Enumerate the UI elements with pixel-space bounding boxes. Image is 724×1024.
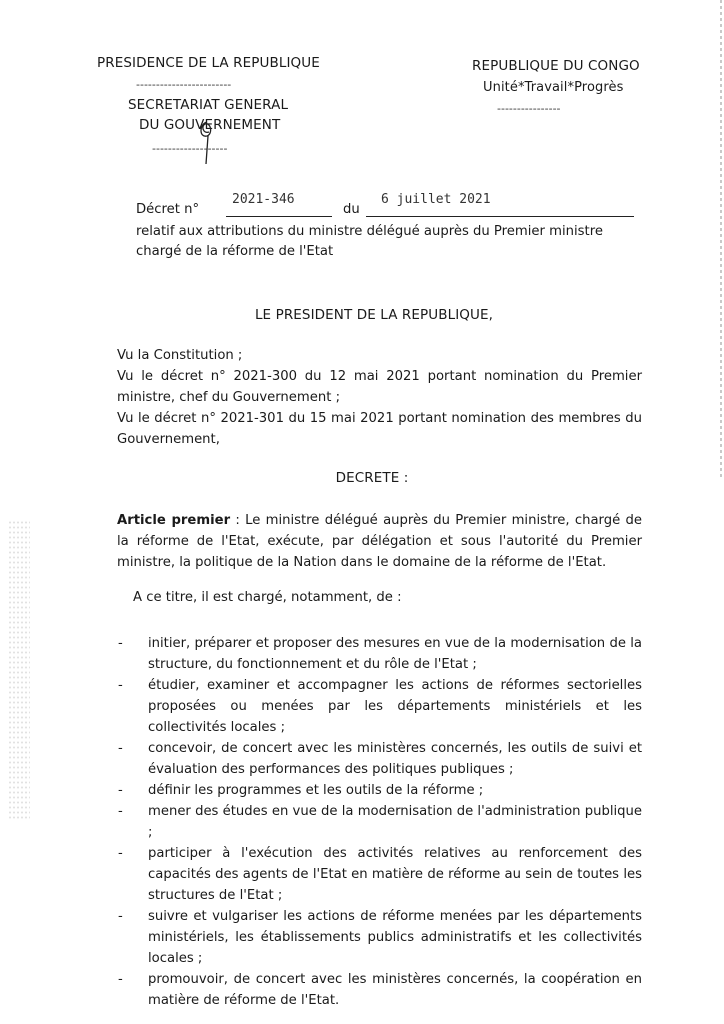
visa-decree-2021-300: Vu le décret n° 2021-300 du 12 mai 2021 … — [117, 366, 642, 408]
scan-noise-left — [8, 520, 30, 820]
list-item: -étudier, examiner et accompagner les ac… — [116, 675, 642, 738]
decree-date-label: du — [343, 199, 360, 220]
bullet-dash: - — [118, 906, 123, 927]
decree-subject-line-1: relatif aux attributions du ministre dél… — [136, 221, 603, 242]
header-right-separator: ---------------- — [497, 102, 561, 115]
decrete-heading: DECRETE : — [0, 470, 724, 486]
bullet-dash: - — [118, 801, 123, 822]
attributions-list: -initier, préparer et proposer des mesur… — [116, 633, 642, 1011]
list-item: -mener des études en vue de la modernisa… — [116, 801, 642, 843]
decree-date-underline — [366, 216, 634, 217]
signature-initial-mark — [193, 118, 223, 168]
president-title: LE PRESIDENT DE LA REPUBLIQUE, — [0, 307, 724, 323]
bullet-dash: - — [118, 675, 123, 696]
list-item: -définir les programmes et les outils de… — [116, 780, 642, 801]
decree-date: 6 juillet 2021 — [381, 192, 491, 207]
republique-label: REPUBLIQUE DU CONGO — [472, 58, 640, 74]
decree-subject-line-2: chargé de la réforme de l'Etat — [136, 241, 333, 262]
scan-edge-right — [720, 0, 722, 480]
bullet-dash: - — [118, 633, 123, 654]
bullet-dash: - — [118, 780, 123, 801]
bullet-dash: - — [118, 738, 123, 759]
article-premier: Article premier : Le ministre délégué au… — [117, 510, 642, 573]
secretariat-label: SECRETARIAT GENERAL — [128, 97, 288, 113]
presidence-label: PRESIDENCE DE LA REPUBLIQUE — [97, 55, 320, 71]
visas-block: Vu la Constitution ; Vu le décret n° 202… — [117, 345, 642, 450]
list-item: -participer à l'exécution des activités … — [116, 843, 642, 906]
decree-number-underline — [226, 216, 332, 217]
decree-number: 2021-346 — [232, 192, 295, 207]
decree-label: Décret n° — [136, 199, 199, 220]
visa-constitution: Vu la Constitution ; — [117, 345, 642, 366]
header-left-separator-1: ------------------------ — [136, 78, 231, 91]
list-item: -concevoir, de concert avec les ministèr… — [116, 738, 642, 780]
motto: Unité*Travail*Progrès — [483, 80, 624, 95]
article-intro: A ce titre, il est chargé, notamment, de… — [133, 587, 402, 608]
article-label: Article premier — [117, 513, 230, 528]
list-item: -initier, préparer et proposer des mesur… — [116, 633, 642, 675]
list-item: -promouvoir, de concert avec les ministè… — [116, 969, 642, 1011]
list-item: -suivre et vulgariser les actions de réf… — [116, 906, 642, 969]
visa-decree-2021-301: Vu le décret n° 2021-301 du 15 mai 2021 … — [117, 408, 642, 450]
bullet-dash: - — [118, 843, 123, 864]
bullet-dash: - — [118, 969, 123, 990]
